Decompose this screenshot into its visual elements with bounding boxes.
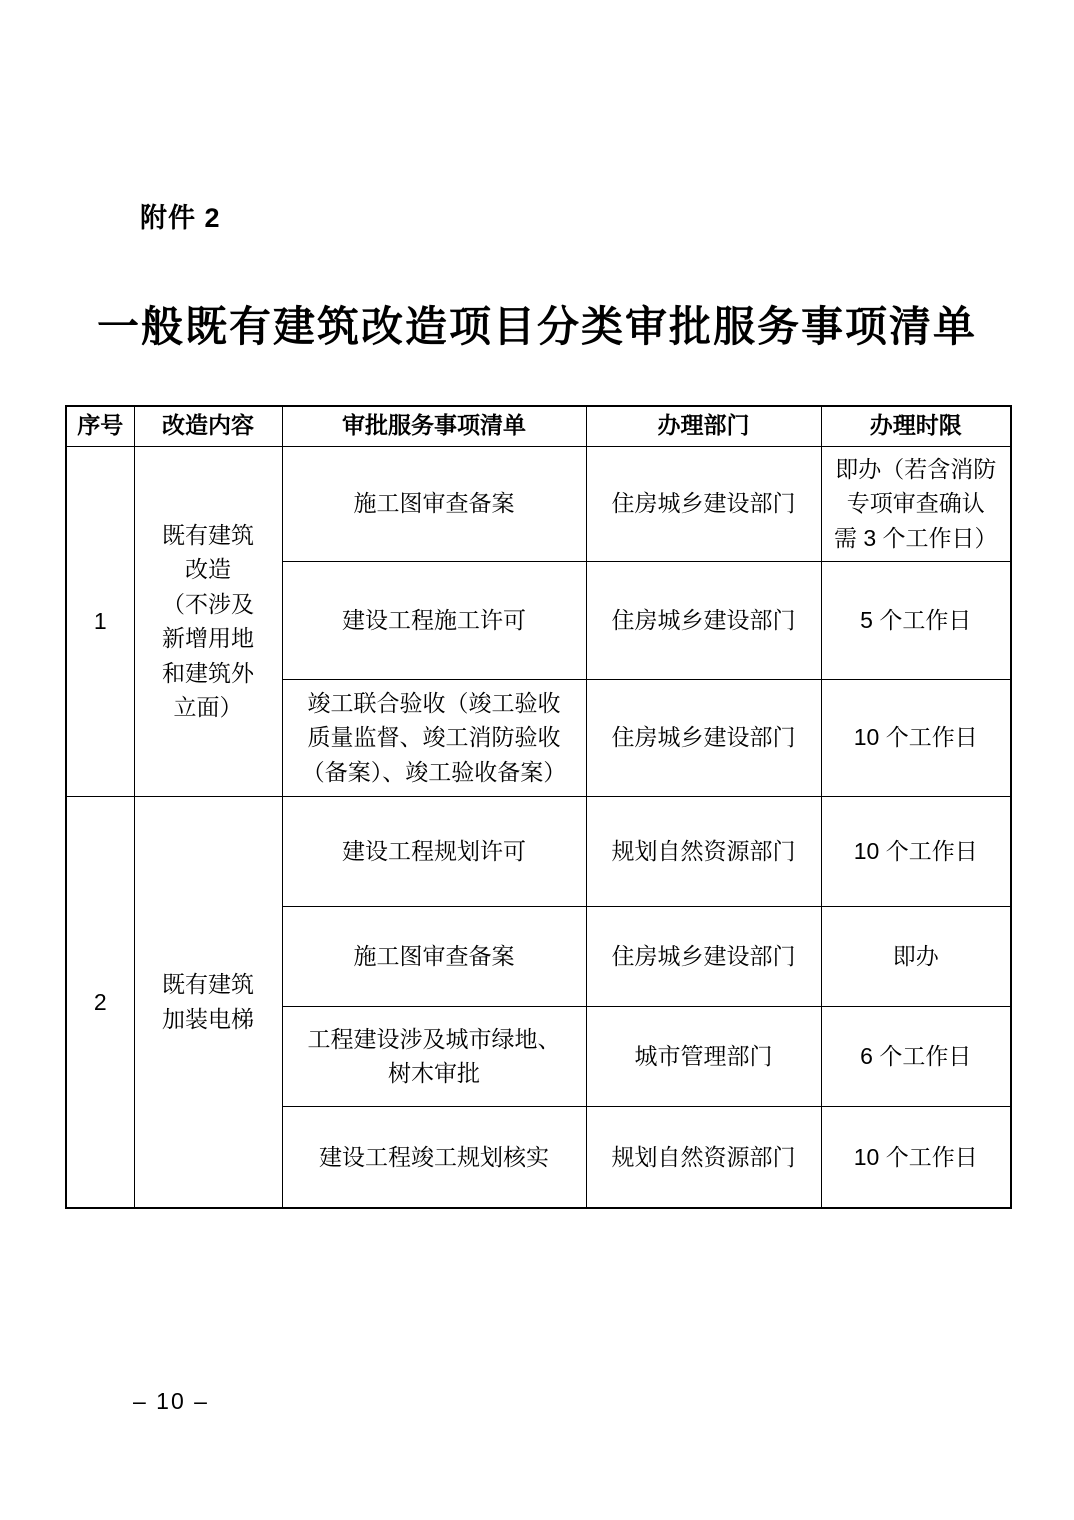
page-title: 一般既有建筑改造项目分类审批服务事项清单 <box>0 294 1074 354</box>
cell-service: 建设工程竣工规划核实 <box>282 1106 586 1208</box>
table-header-row: 序号 改造内容 审批服务事项清单 办理部门 办理时限 <box>66 406 1011 446</box>
table-row: 1 既有建筑 改造 （不涉及 新增用地 和建筑外 立面） 施工图审查备案 住房城… <box>66 446 1011 561</box>
cell-department: 规划自然资源部门 <box>586 796 821 906</box>
approval-items-table: 序号 改造内容 审批服务事项清单 办理部门 办理时限 1 既有建筑 改造 （不涉… <box>65 405 1012 1209</box>
cell-department: 住房城乡建设部门 <box>586 561 821 679</box>
document-page: 附件 2 一般既有建筑改造项目分类审批服务事项清单 序号 改造内容 审批服务事项… <box>0 0 1074 1520</box>
header-department: 办理部门 <box>586 406 821 446</box>
cell-department: 住房城乡建设部门 <box>586 679 821 796</box>
cell-department: 住房城乡建设部门 <box>586 906 821 1006</box>
cell-time-limit: 即办 <box>821 906 1011 1006</box>
cell-service: 施工图审查备案 <box>282 906 586 1006</box>
attachment-label: 附件 2 <box>140 196 221 235</box>
cell-time-limit: 即办（若含消防 专项审查确认 需 3 个工作日） <box>821 446 1011 561</box>
cell-service: 工程建设涉及城市绿地、 树木审批 <box>282 1006 586 1106</box>
cell-department: 住房城乡建设部门 <box>586 446 821 561</box>
cell-department: 城市管理部门 <box>586 1006 821 1106</box>
cell-time-limit: 5 个工作日 <box>821 561 1011 679</box>
cell-service: 施工图审查备案 <box>282 446 586 561</box>
cell-service: 竣工联合验收（竣工验收 质量监督、竣工消防验收 （备案）、竣工验收备案） <box>282 679 586 796</box>
cell-service: 建设工程规划许可 <box>282 796 586 906</box>
header-index: 序号 <box>66 406 134 446</box>
cell-group1-content: 既有建筑 改造 （不涉及 新增用地 和建筑外 立面） <box>134 446 282 796</box>
header-service-list: 审批服务事项清单 <box>282 406 586 446</box>
cell-department: 规划自然资源部门 <box>586 1106 821 1208</box>
cell-time-limit: 10 个工作日 <box>821 1106 1011 1208</box>
cell-group2-index: 2 <box>66 796 134 1208</box>
table-row: 2 既有建筑 加装电梯 建设工程规划许可 规划自然资源部门 10 个工作日 <box>66 796 1011 906</box>
header-time-limit: 办理时限 <box>821 406 1011 446</box>
cell-group2-content: 既有建筑 加装电梯 <box>134 796 282 1208</box>
cell-time-limit: 10 个工作日 <box>821 796 1011 906</box>
cell-group1-index: 1 <box>66 446 134 796</box>
cell-service: 建设工程施工许可 <box>282 561 586 679</box>
header-content: 改造内容 <box>134 406 282 446</box>
cell-time-limit: 6 个工作日 <box>821 1006 1011 1106</box>
page-number: – 10 – <box>133 1388 209 1415</box>
cell-time-limit: 10 个工作日 <box>821 679 1011 796</box>
